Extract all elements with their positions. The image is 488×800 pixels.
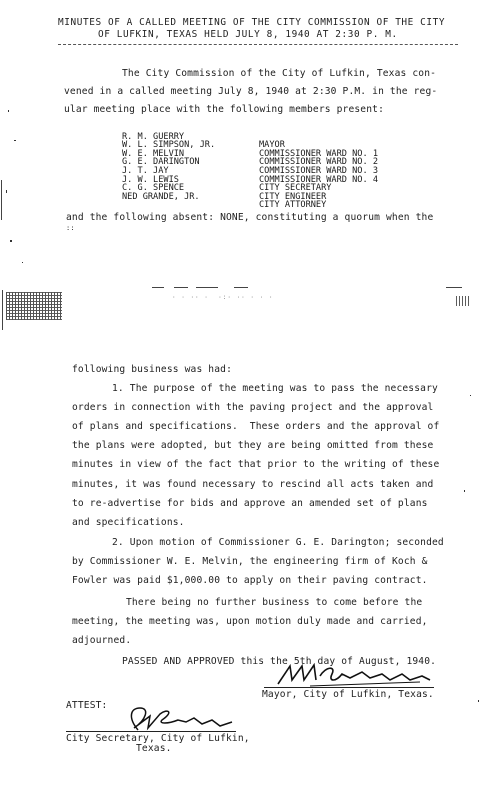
item-1-line-3: of plans and specifications. These order… <box>72 421 439 433</box>
closing-line-2: meeting, the meeting was, upon motion du… <box>72 616 428 628</box>
roster-row: J. W. LEWIS CITY SECRETARY <box>122 167 153 176</box>
item-1-line-7: to re-advertise for bids and approve an … <box>72 498 428 510</box>
members-present-list: R. M. GUERRY MAYOR W. L. SIMPSON, JR. CO… <box>122 124 153 193</box>
secretary-signature <box>108 704 248 734</box>
scan-speckle <box>8 110 9 112</box>
minutes-title-line-2: OF LUFKIN, TEXAS HELD JULY 8, 1940 AT 2:… <box>98 29 398 41</box>
roster-row: W. E. MELVIN COMMISSIONER WARD NO. 2 <box>122 141 153 150</box>
roster-row: C. G. SPENCE CITY ENGINEER <box>122 176 153 185</box>
mayor-signature-caption: Mayor, City of Lufkin, Texas. <box>262 689 434 701</box>
item-2-line-3: Fowler was paid $1,000.00 to apply on th… <box>72 575 428 587</box>
continuation-line: following business was had: <box>72 364 232 376</box>
intro-line-2: vened in a called meeting July 8, 1940 a… <box>64 86 437 98</box>
title-divider <box>58 44 458 45</box>
secretary-caption-line-2: Texas. <box>136 743 172 755</box>
page-stamp-artifact <box>6 292 62 320</box>
intro-line-1: The City Commission of the City of Lufki… <box>122 68 436 80</box>
scan-line-artifact <box>152 287 164 288</box>
mayor-signature <box>270 662 460 690</box>
minutes-title-line-1: MINUTES OF A CALLED MEETING OF THE CITY … <box>58 17 445 29</box>
item-1-line-4: the plans were adopted, but they are bei… <box>72 440 433 452</box>
scan-speckle <box>10 240 12 242</box>
scan-line-artifact <box>196 287 218 288</box>
closing-line-1: There being no further business to come … <box>126 597 422 609</box>
roster-row: W. L. SIMPSON, JR. COMMISSIONER WARD NO.… <box>122 133 153 142</box>
scan-speckle <box>478 700 479 702</box>
absent-line: and the following absent: NONE, constitu… <box>66 212 433 224</box>
item-1-line-1: 1. The purpose of the meeting was to pas… <box>112 383 438 395</box>
scan-line-artifact <box>174 287 188 288</box>
absent-line-continuation: :: <box>66 222 75 234</box>
scan-speckle <box>6 190 7 193</box>
scan-speckle <box>464 490 465 492</box>
roster-row: NED GRANDE, JR. CITY ATTORNEY <box>122 184 153 193</box>
member-name: NED GRANDE, JR. <box>122 193 242 202</box>
roster-row: J. T. JAY COMMISSIONER WARD NO. 4 <box>122 158 153 167</box>
roster-row: R. M. GUERRY MAYOR <box>122 124 153 133</box>
item-1-line-6: minutes, it was found necessary to resci… <box>72 479 433 491</box>
item-1-line-8: and specifications. <box>72 517 185 529</box>
stamp-fragment-artifact <box>456 296 470 306</box>
closing-line-3: adjourned. <box>72 635 131 647</box>
attest-label: ATTEST: <box>66 700 107 712</box>
item-1-line-2: orders in connection with the paving pro… <box>72 402 433 414</box>
margin-line-artifact <box>1 180 2 220</box>
secretary-signature-line <box>66 731 236 732</box>
scanned-document-page: MINUTES OF A CALLED MEETING OF THE CITY … <box>0 0 488 800</box>
intro-line-3: ular meeting place with the following me… <box>64 104 384 116</box>
item-2-line-2: by Commissioner W. E. Melvin, the engine… <box>72 556 428 568</box>
scan-line-artifact <box>234 287 248 288</box>
member-role: CITY ATTORNEY <box>259 201 419 210</box>
scan-speckle <box>14 140 16 141</box>
roster-row: G. E. DARINGTON COMMISSIONER WARD NO. 3 <box>122 150 153 159</box>
scan-line-artifact <box>446 287 462 288</box>
item-1-line-5: minutes in view of the fact that prior t… <box>72 459 439 471</box>
scan-speckle <box>22 262 23 263</box>
scan-speckle <box>470 395 471 396</box>
item-2-line-1: 2. Upon motion of Commissioner G. E. Dar… <box>112 537 444 549</box>
margin-line-artifact <box>2 290 3 330</box>
mayor-signature-line <box>264 687 434 688</box>
faint-stamp-text-artifact: · · ·· · ·:· ·· · · · <box>172 292 273 304</box>
